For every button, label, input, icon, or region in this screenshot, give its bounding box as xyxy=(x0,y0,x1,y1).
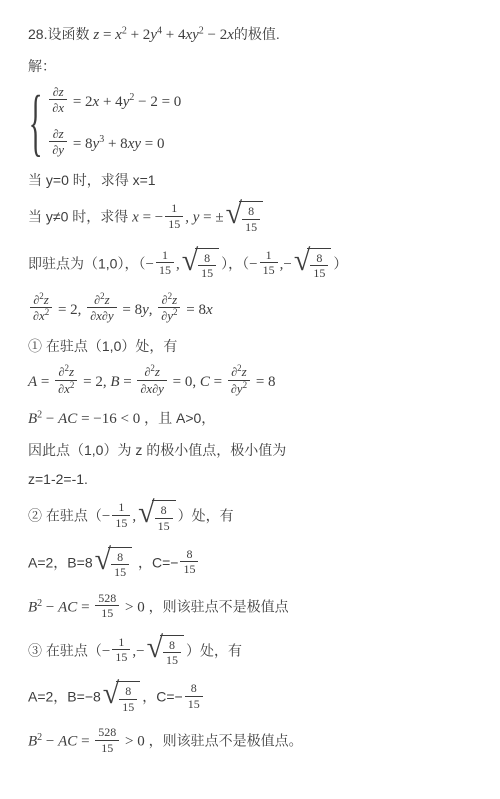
math-run: 1 xyxy=(118,635,124,649)
case1-discriminant: B2 − AC = −16 < 0 ，且 A>0， xyxy=(28,409,474,430)
math-run: 15 xyxy=(115,516,127,530)
second-derivatives: ∂2z∂x2 = 2, ∂2z∂x∂y = 8y, ∂2z∂y2 = 8x xyxy=(28,294,474,326)
text-run: ，且 A>0， xyxy=(140,410,215,426)
fraction-numerator: 8 xyxy=(180,547,198,561)
fraction-denominator: ∂y xyxy=(49,141,67,158)
text-run: A=2，B=−8 xyxy=(28,689,101,705)
math-run: = ± xyxy=(199,210,223,226)
fraction-denominator: 15 xyxy=(119,699,137,714)
math-run: 1 xyxy=(266,248,272,262)
fraction: 815 xyxy=(198,251,216,281)
math-run: − xyxy=(102,643,110,659)
math-italic-run: C xyxy=(200,374,210,390)
fraction-denominator: ∂x∂y xyxy=(87,307,116,324)
math-run: 8 xyxy=(186,547,192,561)
math-run: = xyxy=(37,374,53,390)
math-run: + 4 xyxy=(162,27,185,43)
math-run: − xyxy=(42,411,58,427)
fraction-denominator: 15 xyxy=(260,262,278,277)
case3-discriminant: B2 − AC = 52815 > 0 ，则该驻点不是极值点。 xyxy=(28,727,474,757)
square-root: √815 xyxy=(138,497,175,533)
fraction-denominator: 15 xyxy=(95,605,119,620)
math-italic-run: B xyxy=(110,374,119,390)
math-italic-run: z xyxy=(242,364,247,379)
math-run: 8 xyxy=(191,681,197,695)
fraction-denominator: ∂y2 xyxy=(158,307,180,324)
math-run: = 2, xyxy=(54,302,85,318)
math-run: = 2, xyxy=(79,374,110,390)
math-run: 8 xyxy=(161,503,167,517)
math-run: = 8 xyxy=(69,136,92,152)
text-run: A=2，B=8 xyxy=(28,555,93,571)
fraction-numerator: 1 xyxy=(156,248,174,262)
fraction: 815 xyxy=(242,204,260,234)
math-run: 8 xyxy=(117,550,123,564)
text-run: 当 y≠0 时，求得 xyxy=(28,209,132,225)
fraction-numerator: 8 xyxy=(119,684,137,698)
math-run: 15 xyxy=(101,606,113,620)
fraction-numerator: 1 xyxy=(112,635,130,649)
math-run: + 2 xyxy=(127,27,150,43)
math-italic-run: y xyxy=(58,142,64,157)
math-run: 15 xyxy=(245,220,257,234)
fraction: 115 xyxy=(165,201,183,231)
text-run: ② 在驻点（ xyxy=(28,508,102,524)
square-root: √815 xyxy=(103,678,140,714)
math-run: 15 xyxy=(168,217,180,231)
radicand: 815 xyxy=(152,500,176,533)
fraction-denominator: ∂x xyxy=(49,99,67,116)
fraction-numerator: 8 xyxy=(242,204,260,218)
text-run: 28.设函数 xyxy=(28,26,93,42)
case-y-zero: 当 y=0 时，求得 x=1 xyxy=(28,171,474,189)
math-italic-run: x xyxy=(115,27,122,43)
fraction-denominator: 15 xyxy=(242,219,260,234)
fraction-numerator: ∂2z xyxy=(87,292,116,308)
text-run: ① 在驻点（1,0）处，有 xyxy=(28,338,177,354)
math-italic-run: y xyxy=(108,308,114,323)
text-run: z=1-2=-1. xyxy=(28,471,88,487)
fraction-denominator: ∂y2 xyxy=(228,380,250,397)
fraction-denominator: 15 xyxy=(163,652,181,667)
math-run: 1 xyxy=(171,201,177,215)
fraction: 115 xyxy=(156,248,174,278)
math-italic-run: y xyxy=(150,27,157,43)
fraction: 815 xyxy=(111,550,129,580)
math-run: 8 xyxy=(204,251,210,265)
math-italic-run: AC xyxy=(58,734,77,750)
fraction-numerator: 8 xyxy=(163,638,181,652)
case1-header: ① 在驻点（1,0）处，有 xyxy=(28,337,474,355)
math-run: = −16 < 0 xyxy=(77,411,140,427)
fraction-numerator: 1 xyxy=(165,201,183,215)
square-root: √815 xyxy=(182,245,219,281)
math-run: = xyxy=(77,734,93,750)
fraction-denominator: 15 xyxy=(155,518,173,533)
equation-system: {∂z∂x = 2x + 4y2 − 2 = 0∂z∂y = 8y3 + 8xy… xyxy=(28,86,181,160)
math-italic-run: AC xyxy=(58,411,77,427)
math-italic-run: B xyxy=(28,734,37,750)
equation-row: ∂z∂y = 8y3 + 8xy = 0 xyxy=(47,128,181,160)
math-italic-run: z xyxy=(59,84,64,99)
math-run: = xyxy=(99,27,115,43)
text-run: ，C=− xyxy=(134,555,178,571)
math-run: ,− xyxy=(280,257,292,273)
fraction-denominator: 15 xyxy=(310,265,328,280)
square-root: √815 xyxy=(147,632,184,668)
math-italic-run: z xyxy=(69,364,74,379)
fraction: ∂2z∂y2 xyxy=(158,292,180,324)
text-run: ），（ xyxy=(221,256,249,272)
fraction-numerator: 528 xyxy=(95,725,119,739)
math-italic-run: y xyxy=(158,381,164,396)
math-run: 15 xyxy=(115,650,127,664)
math-run: − 2 = 0 xyxy=(134,93,181,109)
fraction: 815 xyxy=(155,503,173,533)
math-run: 15 xyxy=(114,565,126,579)
math-run: 8 xyxy=(316,251,322,265)
fraction-numerator: 8 xyxy=(185,681,203,695)
text-run: 即驻点为（1,0），（ xyxy=(28,256,145,272)
fraction: ∂2z∂y2 xyxy=(228,364,250,396)
math-run: 15 xyxy=(201,266,213,280)
fraction: ∂2z∂x∂y xyxy=(87,292,116,324)
case3-abc: A=2，B=−8√815，C=−815 xyxy=(28,680,474,716)
math-italic-run: x xyxy=(227,27,234,43)
superscript: 2 xyxy=(45,307,50,317)
fraction-numerator: ∂z xyxy=(49,126,67,142)
math-run: + 4 xyxy=(99,93,122,109)
math-italic-run: y xyxy=(142,302,149,318)
radicand: 815 xyxy=(307,248,331,281)
case1-abc: A = ∂2z∂x2 = 2, B = ∂2z∂x∂y = 0, C = ∂2z… xyxy=(28,366,474,398)
case3-header: ③ 在驻点（−115,−√815）处，有 xyxy=(28,634,474,670)
text-run: ）处，有 xyxy=(186,642,242,658)
math-run: − 2 xyxy=(204,27,227,43)
math-run: 15 xyxy=(101,741,113,755)
math-run: − xyxy=(42,734,58,750)
math-run: 528 xyxy=(98,591,116,605)
fraction-numerator: 8 xyxy=(155,503,173,517)
math-run: 15 xyxy=(183,562,195,576)
fraction-numerator: ∂2z xyxy=(30,292,52,308)
math-italic-run: B xyxy=(28,411,37,427)
partial-derivative-system: {∂z∂x = 2x + 4y2 − 2 = 0∂z∂y = 8y3 + 8xy… xyxy=(28,86,474,160)
math-run: , xyxy=(185,210,193,226)
fraction-denominator: 15 xyxy=(112,515,130,530)
fraction-denominator: ∂x2 xyxy=(30,307,52,324)
fraction: ∂z∂y xyxy=(49,126,67,158)
superscript: 2 xyxy=(70,380,75,390)
math-run: − xyxy=(102,509,110,525)
fraction: 115 xyxy=(260,248,278,278)
text-run: ，C=− xyxy=(142,689,182,705)
equation-rows: ∂z∂x = 2x + 4y2 − 2 = 0∂z∂y = 8y3 + 8xy … xyxy=(47,86,181,160)
square-root: √815 xyxy=(226,198,263,234)
math-run: = xyxy=(77,599,93,615)
case-y-nonzero: 当 y≠0 时，求得 x = −115, y = ±√815 xyxy=(28,200,474,236)
math-italic-run: A xyxy=(28,374,37,390)
equation-row: ∂z∂x = 2x + 4y2 − 2 = 0 xyxy=(47,86,181,118)
math-run: , xyxy=(132,509,136,525)
math-italic-run: z xyxy=(172,292,177,307)
case2-discriminant: B2 − AC = 52815 > 0 ，则该驻点不是极值点 xyxy=(28,593,474,623)
math-run: − xyxy=(145,257,153,273)
case1-conclusion: 因此点（1,0）为 z 的极小值点，极小值为 xyxy=(28,441,474,459)
fraction-numerator: 8 xyxy=(310,251,328,265)
fraction: 52815 xyxy=(95,591,119,621)
fraction: 115 xyxy=(112,500,130,530)
math-run: 15 xyxy=(313,266,325,280)
math-run: > 0 xyxy=(121,734,144,750)
fraction: 52815 xyxy=(95,725,119,755)
fraction-denominator: ∂x∂y xyxy=(137,380,166,397)
math-run: = xyxy=(120,374,136,390)
solve-label: 解： xyxy=(28,57,474,75)
text-run: ，则该驻点不是极值点 xyxy=(145,598,289,614)
math-run: 8 xyxy=(125,684,131,698)
superscript: 2 xyxy=(173,307,178,317)
fraction-numerator: ∂2z xyxy=(158,292,180,308)
text-run: ） xyxy=(333,256,347,272)
math-run: 15 xyxy=(188,697,200,711)
math-italic-run: x xyxy=(58,100,64,115)
math-run: 15 xyxy=(158,519,170,533)
math-italic-run: z xyxy=(155,364,160,379)
problem-statement: 28.设函数 z = x2 + 2y4 + 4xy2 − 2x的极值. xyxy=(28,25,474,46)
math-run: 15 xyxy=(122,700,134,714)
fraction-numerator: 8 xyxy=(111,550,129,564)
fraction: 815 xyxy=(310,251,328,281)
text-run: ）处，有 xyxy=(178,508,234,524)
fraction-denominator: 15 xyxy=(198,265,216,280)
fraction-denominator: 15 xyxy=(156,262,174,277)
case2-abc: A=2，B=8√815 ，C=−815 xyxy=(28,546,474,582)
math-run: = 8 xyxy=(119,302,142,318)
superscript: 2 xyxy=(243,380,248,390)
text-run: 当 y=0 时，求得 x=1 xyxy=(28,172,156,188)
case1-min-value: z=1-2=-1. xyxy=(28,470,474,488)
fraction-numerator: 1 xyxy=(112,500,130,514)
fraction-numerator: ∂2z xyxy=(55,364,77,380)
fraction: 815 xyxy=(180,547,198,577)
math-italic-run: xy xyxy=(128,136,141,152)
stationary-points: 即驻点为（1,0），（−115,√815），（−115,−√815） xyxy=(28,247,474,283)
square-root: √815 xyxy=(294,245,331,281)
fraction: 115 xyxy=(112,635,130,665)
fraction-denominator: 15 xyxy=(111,564,129,579)
fraction: ∂2z∂x∂y xyxy=(137,364,166,396)
radicand: 815 xyxy=(239,201,263,234)
math-run: 15 xyxy=(159,263,171,277)
math-italic-run: xy xyxy=(185,27,198,43)
fraction: 815 xyxy=(185,681,203,711)
math-run: 8 xyxy=(248,204,254,218)
math-italic-run: x xyxy=(132,210,139,226)
fraction-numerator: 528 xyxy=(95,591,119,605)
math-italic-run: B xyxy=(28,599,37,615)
fraction-denominator: ∂x2 xyxy=(55,380,77,397)
math-italic-run: z xyxy=(44,292,49,307)
fraction-denominator: 15 xyxy=(180,561,198,576)
math-run: 15 xyxy=(166,653,178,667)
fraction-numerator: ∂2z xyxy=(137,364,166,380)
text-run: 解： xyxy=(28,58,56,74)
math-run: 1 xyxy=(118,500,124,514)
radicand: 815 xyxy=(116,681,140,714)
fraction: 815 xyxy=(119,684,137,714)
left-brace: { xyxy=(29,74,43,172)
radicand: 815 xyxy=(108,547,132,580)
math-run: = − xyxy=(139,210,163,226)
math-run: ,− xyxy=(132,643,144,659)
math-run: = 0, xyxy=(169,374,200,390)
fraction: ∂2z∂x2 xyxy=(55,364,77,396)
fraction-numerator: 8 xyxy=(198,251,216,265)
math-run: + 8 xyxy=(104,136,127,152)
math-run: 15 xyxy=(263,263,275,277)
math-run: = 0 xyxy=(141,136,164,152)
radicand: 815 xyxy=(195,248,219,281)
math-run: 8 xyxy=(169,638,175,652)
fraction-denominator: 15 xyxy=(165,216,183,231)
math-italic-run: z xyxy=(59,126,64,141)
math-run: > 0 xyxy=(121,599,144,615)
math-run: = 8 xyxy=(252,374,275,390)
fraction-denominator: 15 xyxy=(95,740,119,755)
square-root: √815 xyxy=(95,544,132,580)
fraction-numerator: ∂z xyxy=(49,84,67,100)
text-run: 的极值. xyxy=(234,26,280,42)
fraction: ∂2z∂x2 xyxy=(30,292,52,324)
fraction-numerator: ∂2z xyxy=(228,364,250,380)
radicand: 815 xyxy=(160,635,184,668)
math-italic-run: AC xyxy=(58,599,77,615)
math-run: − xyxy=(249,257,257,273)
text-run: ，则该驻点不是极值点。 xyxy=(145,733,303,749)
math-run: , xyxy=(149,302,157,318)
math-run: − xyxy=(42,599,58,615)
text-run: ③ 在驻点（ xyxy=(28,642,102,658)
case2-header: ② 在驻点（−115,√815）处，有 xyxy=(28,499,474,535)
fraction-denominator: 15 xyxy=(112,649,130,664)
fraction-denominator: 15 xyxy=(185,696,203,711)
math-run: = xyxy=(210,374,226,390)
math-italic-run: z xyxy=(105,292,110,307)
math-run: 528 xyxy=(98,725,116,739)
text-run: 因此点（1,0）为 z 的极小值点，极小值为 xyxy=(28,442,286,458)
fraction-numerator: 1 xyxy=(260,248,278,262)
math-italic-run: x xyxy=(206,302,213,318)
fraction: ∂z∂x xyxy=(49,84,67,116)
math-run: = 2 xyxy=(69,93,92,109)
math-solution-document: 28.设函数 z = x2 + 2y4 + 4xy2 − 2x的极值.解：{∂z… xyxy=(0,0,500,799)
math-run: = 8 xyxy=(182,302,205,318)
math-run: 1 xyxy=(162,248,168,262)
fraction: 815 xyxy=(163,638,181,668)
math-run: , xyxy=(176,257,180,273)
